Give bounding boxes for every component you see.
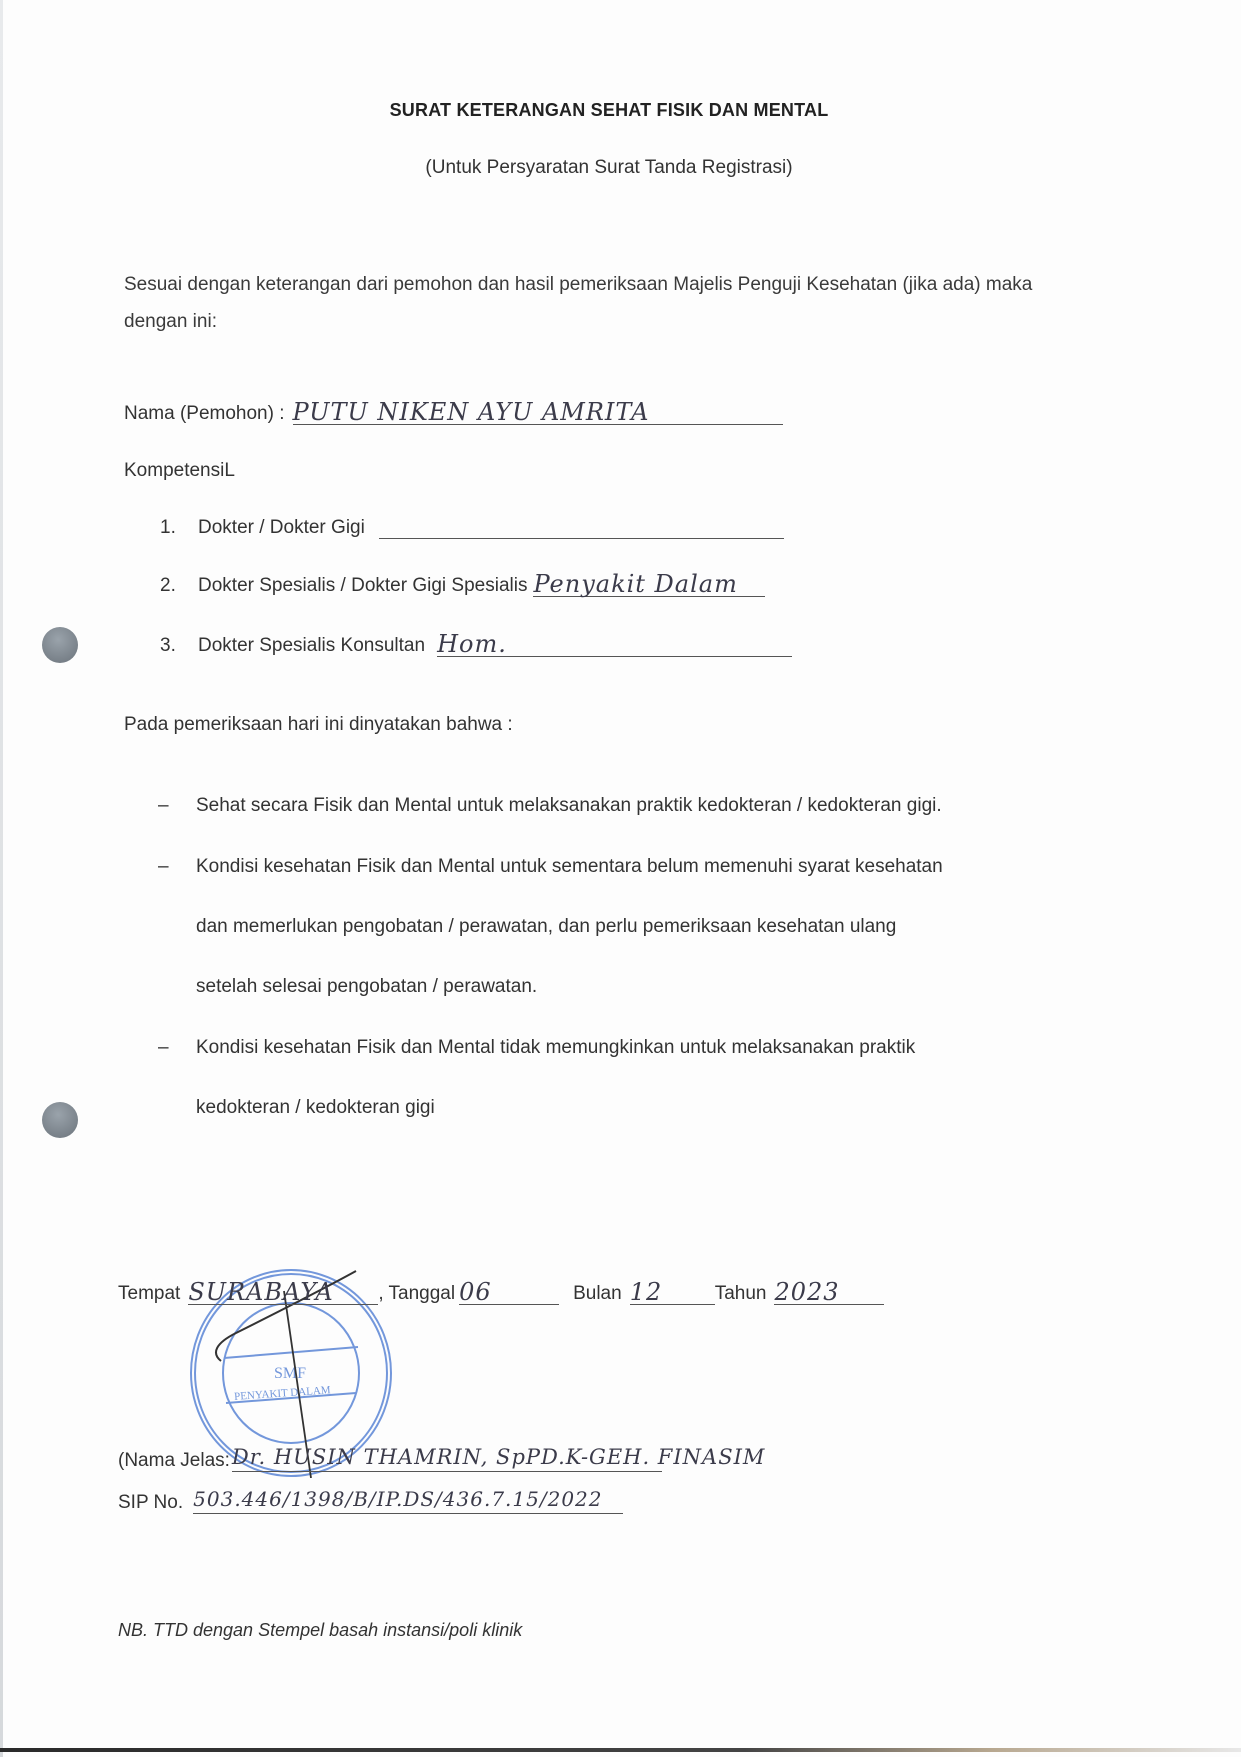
applicant-label: Nama (Pemohon) : <box>124 403 285 425</box>
year-field[interactable]: 2023 <box>774 1278 884 1305</box>
svg-text:PENYAKIT DALAM: PENYAKIT DALAM <box>234 1384 331 1403</box>
sip-value: 503.446/1398/B/IP.DS/436.7.15/2022 <box>193 1487 602 1511</box>
statement-1: Sehat secara Fisik dan Mental untuk mela… <box>196 795 1086 817</box>
signer-name-label: (Nama Jelas: <box>118 1450 230 1472</box>
date-field[interactable]: 06 <box>459 1278 559 1305</box>
competence-item-1: 1. Dokter / Dokter Gigi <box>160 512 784 539</box>
month-field[interactable]: 12 <box>630 1278 715 1305</box>
scan-edge <box>0 0 3 1757</box>
scan-bottom-edge <box>0 1748 1241 1752</box>
sip-field[interactable]: 503.446/1398/B/IP.DS/436.7.15/2022 <box>193 1487 623 1514</box>
statement-3-line-1: Kondisi kesehatan Fisik dan Mental tidak… <box>196 1037 1086 1059</box>
competence-item-label: Dokter Spesialis / Dokter Gigi Spesialis <box>198 575 527 597</box>
place-label: Tempat <box>118 1283 180 1305</box>
sip-label: SIP No. <box>118 1492 183 1514</box>
competence-label: KompetensiL <box>124 460 235 482</box>
statement-2-line-3: setelah selesai pengobatan / perawatan. <box>196 976 1086 998</box>
svg-text:SMF: SMF <box>274 1365 306 1382</box>
date-label: , Tanggal <box>378 1283 455 1305</box>
competence-item-label: Dokter / Dokter Gigi <box>198 517 365 539</box>
statement-bullet: – <box>158 795 169 817</box>
document-title: SURAT KETERANGAN SEHAT FISIK DAN MENTAL <box>0 100 1218 121</box>
statement-3-line-2: kedokteran / kedokteran gigi <box>196 1097 1086 1119</box>
competence-value: Hom. <box>437 630 507 658</box>
competence-item-label: Dokter Spesialis Konsultan <box>198 635 425 657</box>
competence-item-2: 2. Dokter Spesialis / Dokter Gigi Spesia… <box>160 570 765 597</box>
statement-2-line-1: Kondisi kesehatan Fisik dan Mental untuk… <box>196 856 1086 878</box>
year-label: Tahun <box>715 1283 767 1305</box>
year-value: 2023 <box>774 1278 839 1306</box>
month-value: 12 <box>630 1278 663 1306</box>
punch-hole-top <box>42 627 78 663</box>
signer-name-field[interactable]: Dr. HUSIN THAMRIN, SpPD.K-GEH. FINASIM <box>232 1445 662 1472</box>
item-number: 3. <box>160 635 198 657</box>
statement-bullet: – <box>158 1037 169 1059</box>
place-field[interactable]: SURABAYA <box>188 1278 378 1305</box>
place-date-row: Tempat SURABAYA , Tanggal 06 Bulan 12 Ta… <box>118 1278 884 1305</box>
signer-name-row: (Nama Jelas: Dr. HUSIN THAMRIN, SpPD.K-G… <box>118 1445 662 1472</box>
applicant-row: Nama (Pemohon) : PUTU NIKEN AYU AMRITA <box>124 398 783 425</box>
signer-name-value: Dr. HUSIN THAMRIN, SpPD.K-GEH. FINASIM <box>232 1445 765 1469</box>
place-value: SURABAYA <box>188 1278 333 1306</box>
item-number: 1. <box>160 517 198 539</box>
competence-value: Penyakit Dalam <box>533 570 737 598</box>
applicant-name: PUTU NIKEN AYU AMRITA <box>293 398 650 426</box>
competence-item-3: 3. Dokter Spesialis Konsultan Hom. <box>160 630 792 657</box>
competence-field-3[interactable]: Hom. <box>437 630 792 657</box>
sip-row: SIP No. 503.446/1398/B/IP.DS/436.7.15/20… <box>118 1487 623 1514</box>
exam-intro: Pada pemeriksaan hari ini dinyatakan bah… <box>124 714 513 736</box>
applicant-field[interactable]: PUTU NIKEN AYU AMRITA <box>293 398 783 425</box>
statement-bullet: – <box>158 856 169 878</box>
intro-paragraph: Sesuai dengan keterangan dari pemohon da… <box>124 266 1099 340</box>
competence-field-1[interactable] <box>379 512 784 539</box>
footnote: NB. TTD dengan Stempel basah instansi/po… <box>118 1620 522 1641</box>
statement-2-line-2: dan memerlukan pengobatan / perawatan, d… <box>196 916 1086 938</box>
competence-field-2[interactable]: Penyakit Dalam <box>533 570 765 597</box>
month-label: Bulan <box>573 1283 622 1305</box>
item-number: 2. <box>160 575 198 597</box>
punch-hole-bottom <box>42 1102 78 1138</box>
document-subtitle: (Untuk Persyaratan Surat Tanda Registras… <box>0 157 1218 179</box>
date-value: 06 <box>459 1278 492 1306</box>
